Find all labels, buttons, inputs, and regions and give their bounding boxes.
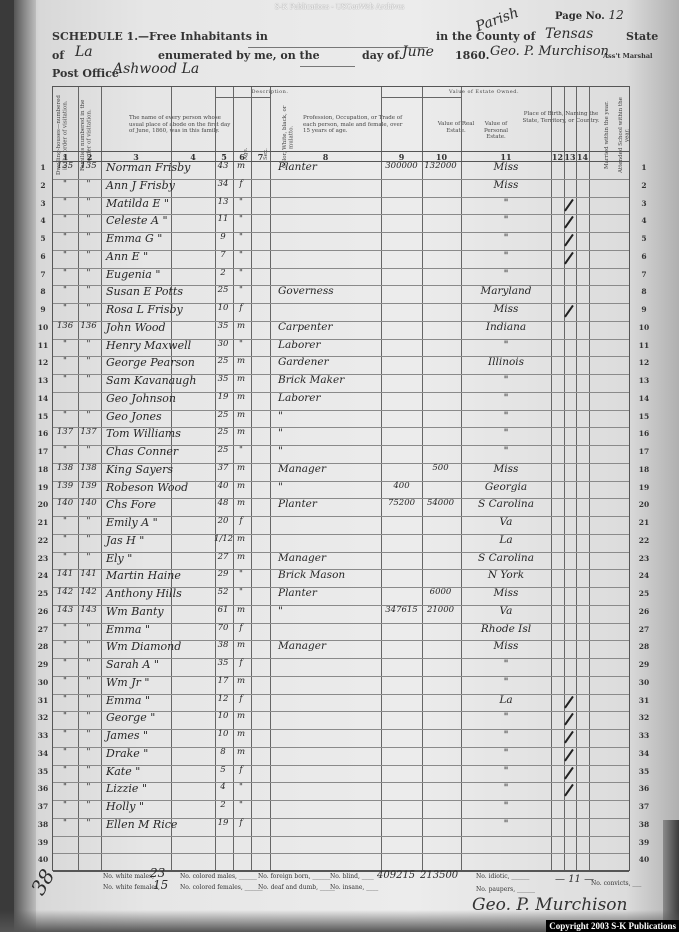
row-number: 35: [637, 767, 651, 776]
person-age: 27: [214, 552, 232, 562]
person-age: 29: [214, 569, 232, 579]
school-tick-mark: [564, 216, 573, 228]
dwelling-number: ": [53, 285, 77, 295]
dwelling-number: ": [53, 818, 77, 828]
dwelling-number: ": [53, 747, 77, 757]
person-age: 20: [214, 516, 232, 526]
family-number: ": [77, 782, 100, 792]
birthplace: ": [462, 250, 550, 262]
person-name: Anthony Hills: [106, 587, 182, 600]
birthplace: ": [462, 818, 550, 830]
person-sex: f: [232, 658, 250, 668]
family-number: ": [77, 410, 100, 420]
person-sex: m: [232, 463, 250, 473]
row-number: 13: [637, 376, 651, 385]
person-sex: ": [232, 232, 250, 242]
school-total: — 11 —: [555, 874, 594, 885]
person-name: Geo Johnson: [106, 392, 176, 405]
row-number: 1: [637, 163, 651, 172]
row-number: 36: [637, 784, 651, 793]
birthplace: S Carolina: [462, 498, 550, 510]
row-number: 17: [637, 447, 651, 456]
person-name: Tom Williams: [106, 427, 181, 440]
family-number: ": [77, 676, 100, 686]
person-name: King Sayers: [106, 463, 173, 476]
person-sex: ": [232, 214, 250, 224]
person-sex: ": [232, 782, 250, 792]
person-sex: m: [232, 374, 250, 384]
person-name: Kate ": [106, 765, 140, 778]
real-estate-value: 400: [382, 481, 421, 491]
person-name: Sam Kavanaugh: [106, 374, 196, 387]
row-number: 8: [36, 287, 50, 296]
family-number: ": [77, 623, 100, 633]
real-estate-value: 75200: [382, 498, 421, 508]
person-name: George Pearson: [106, 356, 195, 369]
person-occupation: Manager: [278, 640, 326, 652]
copyright-notice: Copyright 2003 S-K Publications: [546, 920, 679, 932]
birthplace: ": [462, 676, 550, 688]
person-name: Celeste A ": [106, 214, 168, 227]
person-age: 25: [214, 445, 232, 455]
row-number: 31: [637, 696, 651, 705]
row-number: 7: [637, 270, 651, 279]
family-number: ": [77, 818, 100, 828]
person-name: Chs Fore: [106, 498, 156, 511]
white-males-label: No. white males,: [103, 873, 154, 880]
dwelling-number: ": [53, 410, 77, 420]
person-sex: m: [232, 410, 250, 420]
family-number: ": [77, 197, 100, 207]
row-number: 25: [36, 589, 50, 598]
row-number: 22: [637, 536, 651, 545]
family-number: ": [77, 694, 100, 704]
person-age: 10: [214, 303, 232, 313]
row-number: 19: [637, 483, 651, 492]
person-occupation: Laborer: [278, 392, 321, 404]
school-tick-mark: [564, 784, 573, 796]
family-number: ": [77, 285, 100, 295]
row-number: 33: [36, 731, 50, 740]
row-number: 39: [637, 838, 651, 847]
person-name: Emily A ": [106, 516, 158, 529]
person-name: Emma ": [106, 694, 150, 707]
person-name: Susan E Potts: [106, 285, 183, 298]
person-name: Emma ": [106, 623, 150, 636]
person-name: Wm Jr ": [106, 676, 149, 689]
dwelling-number: ": [53, 179, 77, 189]
dwelling-number: 136: [53, 321, 77, 331]
row-number: 6: [637, 252, 651, 261]
row-number: 9: [36, 305, 50, 314]
person-age: 25: [214, 410, 232, 420]
row-number: 36: [36, 784, 50, 793]
convicts-label: No. convicts, ___: [591, 880, 641, 887]
person-name: Martin Haine: [106, 569, 181, 582]
person-sex: ": [232, 339, 250, 349]
row-number: 21: [36, 518, 50, 527]
person-sex: m: [232, 356, 250, 366]
person-age: 48: [214, 498, 232, 508]
person-occupation: Manager: [278, 552, 326, 564]
row-number: 15: [637, 412, 651, 421]
family-number: ": [77, 729, 100, 739]
birthplace: Miss: [462, 179, 550, 191]
family-number: ": [77, 765, 100, 775]
birthplace: N York: [462, 569, 550, 581]
row-number: 15: [36, 412, 50, 421]
birthplace: ": [462, 782, 550, 794]
birthplace: ": [462, 747, 550, 759]
row-number: 31: [36, 696, 50, 705]
dwelling-number: ": [53, 729, 77, 739]
person-age: 10: [214, 711, 232, 721]
dwelling-number: ": [53, 374, 77, 384]
person-name: Jas H ": [106, 534, 144, 547]
birthplace: Rhode Isl: [462, 623, 550, 635]
family-number: ": [77, 356, 100, 366]
person-age: 52: [214, 587, 232, 597]
birthplace: ": [462, 339, 550, 351]
family-number: ": [77, 640, 100, 650]
row-number: 40: [36, 855, 50, 864]
person-sex: m: [232, 676, 250, 686]
person-age: 30: [214, 339, 232, 349]
person-sex: m: [232, 747, 250, 757]
birthplace: ": [462, 197, 550, 209]
birthplace: Miss: [462, 463, 550, 475]
blind-label: No. blind, ____: [330, 873, 374, 880]
dwelling-number: 141: [53, 569, 77, 579]
person-sex: f: [232, 694, 250, 704]
row-number: 17: [36, 447, 50, 456]
row-number: 37: [637, 802, 651, 811]
family-number: 143: [77, 605, 100, 615]
row-number: 40: [637, 855, 651, 864]
birthplace: Maryland: [462, 285, 550, 297]
dwelling-number: ": [53, 676, 77, 686]
birthplace: S Carolina: [462, 552, 550, 564]
birthplace: Va: [462, 516, 550, 528]
row-number: 21: [637, 518, 651, 527]
person-name: Wm Diamond: [106, 640, 181, 653]
person-age: 10: [214, 729, 232, 739]
birthplace: La: [462, 694, 550, 706]
person-age: 1/12: [214, 534, 232, 544]
row-number: 24: [36, 571, 50, 580]
person-sex: m: [232, 729, 250, 739]
birthplace: ": [462, 800, 550, 812]
person-age: 8: [214, 747, 232, 757]
dwelling-number: ": [53, 214, 77, 224]
family-number: ": [77, 374, 100, 384]
person-sex: ": [232, 285, 250, 295]
birthplace: ": [462, 374, 550, 386]
person-name: Rosa L Frisby: [106, 303, 183, 316]
person-name: Holly ": [106, 800, 144, 813]
person-sex: ": [232, 268, 250, 278]
person-age: 70: [214, 623, 232, 633]
birthplace: Miss: [462, 161, 550, 173]
birthplace: Miss: [462, 303, 550, 315]
birthplace: ": [462, 214, 550, 226]
dwelling-number: ": [53, 250, 77, 260]
family-number: ": [77, 214, 100, 224]
row-number: 35: [36, 767, 50, 776]
person-occupation: Carpenter: [278, 321, 332, 333]
family-number: ": [77, 552, 100, 562]
row-number: 7: [36, 270, 50, 279]
birthplace: Illinois: [462, 356, 550, 368]
person-sex: f: [232, 623, 250, 633]
person-sex: ": [232, 197, 250, 207]
person-age: 61: [214, 605, 232, 615]
dwelling-number: ": [53, 339, 77, 349]
dwelling-number: ": [53, 356, 77, 366]
row-number: 12: [637, 358, 651, 367]
row-number: 38: [36, 820, 50, 829]
row-number: 5: [36, 234, 50, 243]
family-number: ": [77, 445, 100, 455]
personal-estate-value: 21000: [421, 605, 460, 615]
colored-females-label: No. colored females, ______: [180, 884, 263, 891]
birthplace: Miss: [462, 587, 550, 599]
birthplace: Va: [462, 605, 550, 617]
person-sex: m: [232, 640, 250, 650]
row-number: 16: [637, 429, 651, 438]
row-number: 19: [36, 483, 50, 492]
person-name: Wm Banty: [106, 605, 164, 618]
marshal-signature: Geo. P. Murchison: [472, 895, 627, 915]
family-number: ": [77, 339, 100, 349]
person-name: Robeson Wood: [106, 481, 188, 494]
school-tick-mark: [564, 713, 573, 725]
colored-males-label: No. colored males, ______: [180, 873, 257, 880]
row-number: 18: [36, 465, 50, 474]
row-number: 30: [637, 678, 651, 687]
person-occupation: Planter: [278, 587, 317, 599]
person-sex: m: [232, 534, 250, 544]
family-number: ": [77, 711, 100, 721]
dwelling-number: ": [53, 782, 77, 792]
family-number: ": [77, 303, 100, 313]
person-age: 12: [214, 694, 232, 704]
person-age: 38: [214, 640, 232, 650]
row-number: 14: [36, 394, 50, 403]
dwelling-number: ": [53, 623, 77, 633]
row-number: 12: [36, 358, 50, 367]
person-age: 37: [214, 463, 232, 473]
real-estate-value: 347615: [382, 605, 421, 615]
family-number: ": [77, 250, 100, 260]
dwelling-number: ": [53, 445, 77, 455]
row-number: 6: [36, 252, 50, 261]
person-name: Henry Maxwell: [106, 339, 191, 352]
person-age: 7: [214, 250, 232, 260]
birthplace: ": [462, 658, 550, 670]
person-occupation: Manager: [278, 463, 326, 475]
person-name: John Wood: [106, 321, 166, 334]
person-sex: m: [232, 427, 250, 437]
person-name: Ely ": [106, 552, 132, 565]
row-number: 4: [36, 216, 50, 225]
person-occupation: ": [278, 605, 283, 617]
person-age: 25: [214, 427, 232, 437]
family-number: 139: [77, 481, 100, 491]
family-number: 141: [77, 569, 100, 579]
person-sex: m: [232, 498, 250, 508]
dwelling-number: 143: [53, 605, 77, 615]
person-sex: f: [232, 516, 250, 526]
row-number: 26: [36, 607, 50, 616]
row-number: 10: [36, 323, 50, 332]
person-name: James ": [106, 729, 148, 742]
dwelling-number: ": [53, 800, 77, 810]
family-number: 140: [77, 498, 100, 508]
row-number: 11: [36, 341, 50, 350]
real-estate-value: 300000: [382, 161, 421, 171]
row-number: 39: [36, 838, 50, 847]
personal-estate-total: 213500: [420, 870, 458, 881]
birthplace: ": [462, 765, 550, 777]
dwelling-number: 135: [53, 161, 77, 171]
person-name: Lizzie ": [106, 782, 147, 795]
row-number: 28: [637, 642, 651, 651]
person-name: Sarah A ": [106, 658, 159, 671]
person-sex: f: [232, 179, 250, 189]
dwelling-number: ": [53, 694, 77, 704]
person-occupation: ": [278, 410, 283, 422]
personal-estate-value: 500: [421, 463, 460, 473]
person-age: 25: [214, 356, 232, 366]
person-sex: m: [232, 481, 250, 491]
person-occupation: Laborer: [278, 339, 321, 351]
person-name: Emma G ": [106, 232, 162, 245]
family-number: ": [77, 747, 100, 757]
dwelling-number: 138: [53, 463, 77, 473]
person-sex: m: [232, 321, 250, 331]
row-number: 28: [36, 642, 50, 651]
table-overlay: 11135135Norman Frisby43mPlanter300000132…: [0, 0, 679, 932]
dwelling-number: ": [53, 268, 77, 278]
person-sex: ": [232, 800, 250, 810]
person-occupation: Brick Maker: [278, 374, 344, 386]
person-age: 17: [214, 676, 232, 686]
row-number: 30: [36, 678, 50, 687]
row-number: 32: [637, 713, 651, 722]
family-number: ": [77, 658, 100, 668]
white-females-value: 15: [153, 878, 168, 892]
person-age: 4: [214, 782, 232, 792]
dwelling-number: 142: [53, 587, 77, 597]
row-number: 13: [36, 376, 50, 385]
school-tick-mark: [564, 234, 573, 246]
person-sex: f: [232, 765, 250, 775]
row-number: 3: [36, 199, 50, 208]
row-number: 9: [637, 305, 651, 314]
person-sex: m: [232, 392, 250, 402]
dwelling-number: 137: [53, 427, 77, 437]
person-name: Ann J Frisby: [106, 179, 175, 192]
person-occupation: ": [278, 481, 283, 493]
person-name: Eugenia ": [106, 268, 160, 281]
row-number: 23: [637, 554, 651, 563]
row-number: 14: [637, 394, 651, 403]
school-tick-mark: [564, 252, 573, 264]
person-name: Chas Conner: [106, 445, 178, 458]
insane-label: No. insane, ____: [330, 884, 378, 891]
family-number: 135: [77, 161, 100, 171]
personal-estate-value: 132000: [421, 161, 460, 171]
row-number: 23: [36, 554, 50, 563]
row-number: 25: [637, 589, 651, 598]
birthplace: ": [462, 268, 550, 280]
row-number: 11: [637, 341, 651, 350]
person-age: 35: [214, 374, 232, 384]
person-name: Drake ": [106, 747, 148, 760]
family-number: ": [77, 516, 100, 526]
person-age: 13: [214, 197, 232, 207]
birthplace: ": [462, 427, 550, 439]
real-estate-total: 409215: [377, 870, 415, 881]
foreign-born-label: No. foreign born, ______: [258, 873, 330, 880]
dwelling-number: ": [53, 516, 77, 526]
person-name: Ellen M Rice: [106, 818, 177, 831]
person-age: 2: [214, 268, 232, 278]
person-sex: ": [232, 250, 250, 260]
dwelling-number: ": [53, 534, 77, 544]
birthplace: Georgia: [462, 481, 550, 493]
row-number: 2: [637, 181, 651, 190]
row-number: 4: [637, 216, 651, 225]
family-number: 138: [77, 463, 100, 473]
white-females-label: No. white females,: [103, 884, 160, 891]
person-occupation: Gardener: [278, 356, 329, 368]
row-number: 24: [637, 571, 651, 580]
birthplace: ": [462, 729, 550, 741]
family-number: ": [77, 232, 100, 242]
person-occupation: Planter: [278, 161, 317, 173]
person-age: 9: [214, 232, 232, 242]
person-age: 34: [214, 179, 232, 189]
person-sex: f: [232, 818, 250, 828]
row-number: 33: [637, 731, 651, 740]
row-number: 18: [637, 465, 651, 474]
dwelling-number: ": [53, 711, 77, 721]
birthplace: ": [462, 392, 550, 404]
dwelling-number: ": [53, 303, 77, 313]
birthplace: ": [462, 445, 550, 457]
person-name: Geo Jones: [106, 410, 162, 423]
person-occupation: ": [278, 445, 283, 457]
row-number: 32: [36, 713, 50, 722]
birthplace: ": [462, 410, 550, 422]
dwelling-number: ": [53, 552, 77, 562]
school-tick-mark: [564, 695, 573, 707]
row-number: 16: [36, 429, 50, 438]
person-name: Matilda E ": [106, 197, 169, 210]
family-number: ": [77, 800, 100, 810]
row-number: 38: [637, 820, 651, 829]
personal-estate-value: 6000: [421, 587, 460, 597]
row-number: 37: [36, 802, 50, 811]
birthplace: ": [462, 711, 550, 723]
row-number: 10: [637, 323, 651, 332]
birthplace: La: [462, 534, 550, 546]
person-sex: ": [232, 445, 250, 455]
birthplace: Indiana: [462, 321, 550, 333]
school-tick-mark: [564, 305, 573, 317]
